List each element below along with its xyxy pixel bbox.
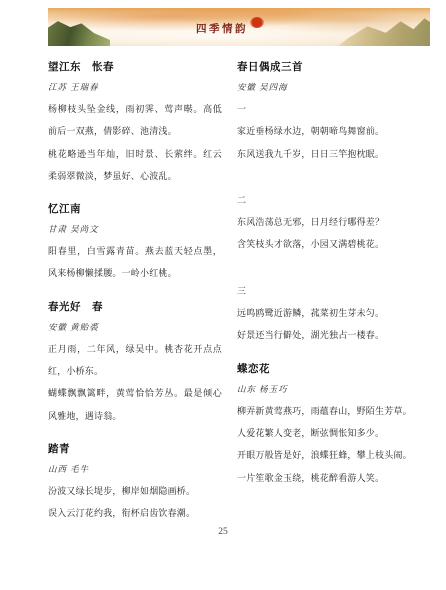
poem-line: 一片笙歌金玉绕，桃花醉看游人笑。 <box>237 467 430 489</box>
poem-line: 东风送我九千岁，日日三竿抱枕眠。 <box>237 143 430 165</box>
page-number: 25 <box>0 527 446 537</box>
poem-author: 山东 杨玉巧 <box>237 384 430 395</box>
poem-author: 江苏 王瑞春 <box>48 82 222 93</box>
poem-line: 人爱花繁人变老，断弦惆怅知多少。 <box>237 422 430 444</box>
poem-block: 踏青山西 毛牛汾波又绿长堤步，柳岸如烟隐画桥。误入云汀花约我，衔杯启齿饮春潮。 <box>48 442 222 525</box>
poem-columns: 望江东 怅春江苏 王瑞春杨柳枝头坠金线，雨初霁、莺声啭。高低前后一双燕，倩影碎、… <box>48 60 430 540</box>
poem-section: 汾波又绿长堤步，柳岸如烟隐画桥。误入云汀花约我，衔杯启齿饮春潮。 <box>48 480 222 525</box>
poem-line: 正月雨，二年风，绿吴中。桃杏花开点点红，小桥东。 <box>48 338 222 383</box>
poem-line: 桃花略逊当年灿，旧时景、长萦绊。红云柔弱翠微淡，梦虽好、心波乱。 <box>48 143 222 188</box>
poem-line: 柳弄新黄莺燕巧，雨蕴春山，野陌生芳草。 <box>237 400 430 422</box>
poem-block: 春日偶成三首安徽 吴四海一家近垂杨绿水边，朝朝啼鸟舞窗前。东风送我九千岁，日日三… <box>237 60 430 347</box>
poem-line: 杨柳枝头坠金线，雨初霁、莺声啭。高低前后一双燕，倩影碎、池清浅。 <box>48 98 222 143</box>
poem-author: 甘肃 吴尚文 <box>48 224 222 235</box>
poem-section: 杨柳枝头坠金线，雨初霁、莺声啭。高低前后一双燕，倩影碎、池清浅。桃花略逊当年灿，… <box>48 98 222 187</box>
left-column: 望江东 怅春江苏 王瑞春杨柳枝头坠金线，雨初霁、莺声啭。高低前后一双燕，倩影碎、… <box>48 60 222 540</box>
poem-line: 蝴蝶飘飘篱畔，黄莺恰恰芳丛。最是倾心风雅地，遇诗翁。 <box>48 382 222 427</box>
poem-line: 东风浩荡总无邪，日月经行哪得差？ <box>237 211 430 233</box>
header-banner: 四季情韵 <box>48 8 430 46</box>
poem-line: 开眼万般皆是好，浪蝶狂蜂，攀上枝头闹。 <box>237 444 430 466</box>
poem-line: 家近垂杨绿水边，朝朝啼鸟舞窗前。 <box>237 120 430 142</box>
section-number: 二 <box>237 189 430 211</box>
poem-line: 阳春里，白雪露青苗。燕去蓝天轻点墨，风来杨柳懒揉腰。一岭小红桃。 <box>48 240 222 285</box>
poem-section: 阳春里，白雪露青苗。燕去蓝天轻点墨，风来杨柳懒揉腰。一岭小红桃。 <box>48 240 222 285</box>
section-number: 一 <box>237 98 430 120</box>
poem-block: 春光好 春安徽 黄贻裘正月雨，二年风，绿吴中。桃杏花开点点红，小桥东。蝴蝶飘飘篱… <box>48 300 222 427</box>
sun-icon <box>250 17 264 28</box>
poem-section: 一家近垂杨绿水边，朝朝啼鸟舞窗前。东风送我九千岁，日日三竿抱枕眠。 <box>237 98 430 165</box>
poem-line: 含笑枝头才欲落，小园又满碧桃花。 <box>237 233 430 255</box>
poem-section: 三远鸣鸥鹭近游鳞，菰菜初生芽未匀。好景还当行僻处，湖光独占一楼春。 <box>237 280 430 347</box>
poem-block: 望江东 怅春江苏 王瑞春杨柳枝头坠金线，雨初霁、莺声啭。高低前后一双燕，倩影碎、… <box>48 60 222 187</box>
poem-author: 山西 毛牛 <box>48 464 222 475</box>
poem-section: 正月雨，二年风，绿吴中。桃杏花开点点红，小桥东。蝴蝶飘飘篱畔，黄莺恰恰芳丛。最是… <box>48 338 222 427</box>
poem-block: 忆江南甘肃 吴尚文阳春里，白雪露青苗。燕去蓝天轻点墨，风来杨柳懒揉腰。一岭小红桃… <box>48 202 222 285</box>
poem-title: 春光好 春 <box>48 300 222 314</box>
header-title: 四季情韵 <box>196 21 248 36</box>
poem-title: 春日偶成三首 <box>237 60 430 74</box>
poem-title: 蝶恋花 <box>237 362 430 376</box>
section-number: 三 <box>237 280 430 302</box>
poem-title: 踏青 <box>48 442 222 456</box>
poem-line: 误入云汀花约我，衔杯启齿饮春潮。 <box>48 502 222 524</box>
poem-title: 望江东 怅春 <box>48 60 222 74</box>
poem-section: 二东风浩荡总无邪，日月经行哪得差？含笑枝头才欲落，小园又满碧桃花。 <box>237 189 430 256</box>
poem-title: 忆江南 <box>48 202 222 216</box>
poem-line: 汾波又绿长堤步，柳岸如烟隐画桥。 <box>48 480 222 502</box>
poem-author: 安徽 吴四海 <box>237 82 430 93</box>
right-column: 春日偶成三首安徽 吴四海一家近垂杨绿水边，朝朝啼鸟舞窗前。东风送我九千岁，日日三… <box>237 60 430 504</box>
poem-block: 蝶恋花山东 杨玉巧柳弄新黄莺燕巧，雨蕴春山，野陌生芳草。人爱花繁人变老，断弦惆怅… <box>237 362 430 489</box>
poem-author: 安徽 黄贻裘 <box>48 322 222 333</box>
poem-line: 好景还当行僻处，湖光独占一楼春。 <box>237 324 430 346</box>
poem-section: 柳弄新黄莺燕巧，雨蕴春山，野陌生芳草。人爱花繁人变老，断弦惆怅知多少。开眼万般皆… <box>237 400 430 489</box>
document-page: 四季情韵 望江东 怅春江苏 王瑞春杨柳枝头坠金线，雨初霁、莺声啭。高低前后一双燕… <box>0 0 446 590</box>
poem-line: 远鸣鸥鹭近游鳞，菰菜初生芽未匀。 <box>237 302 430 324</box>
